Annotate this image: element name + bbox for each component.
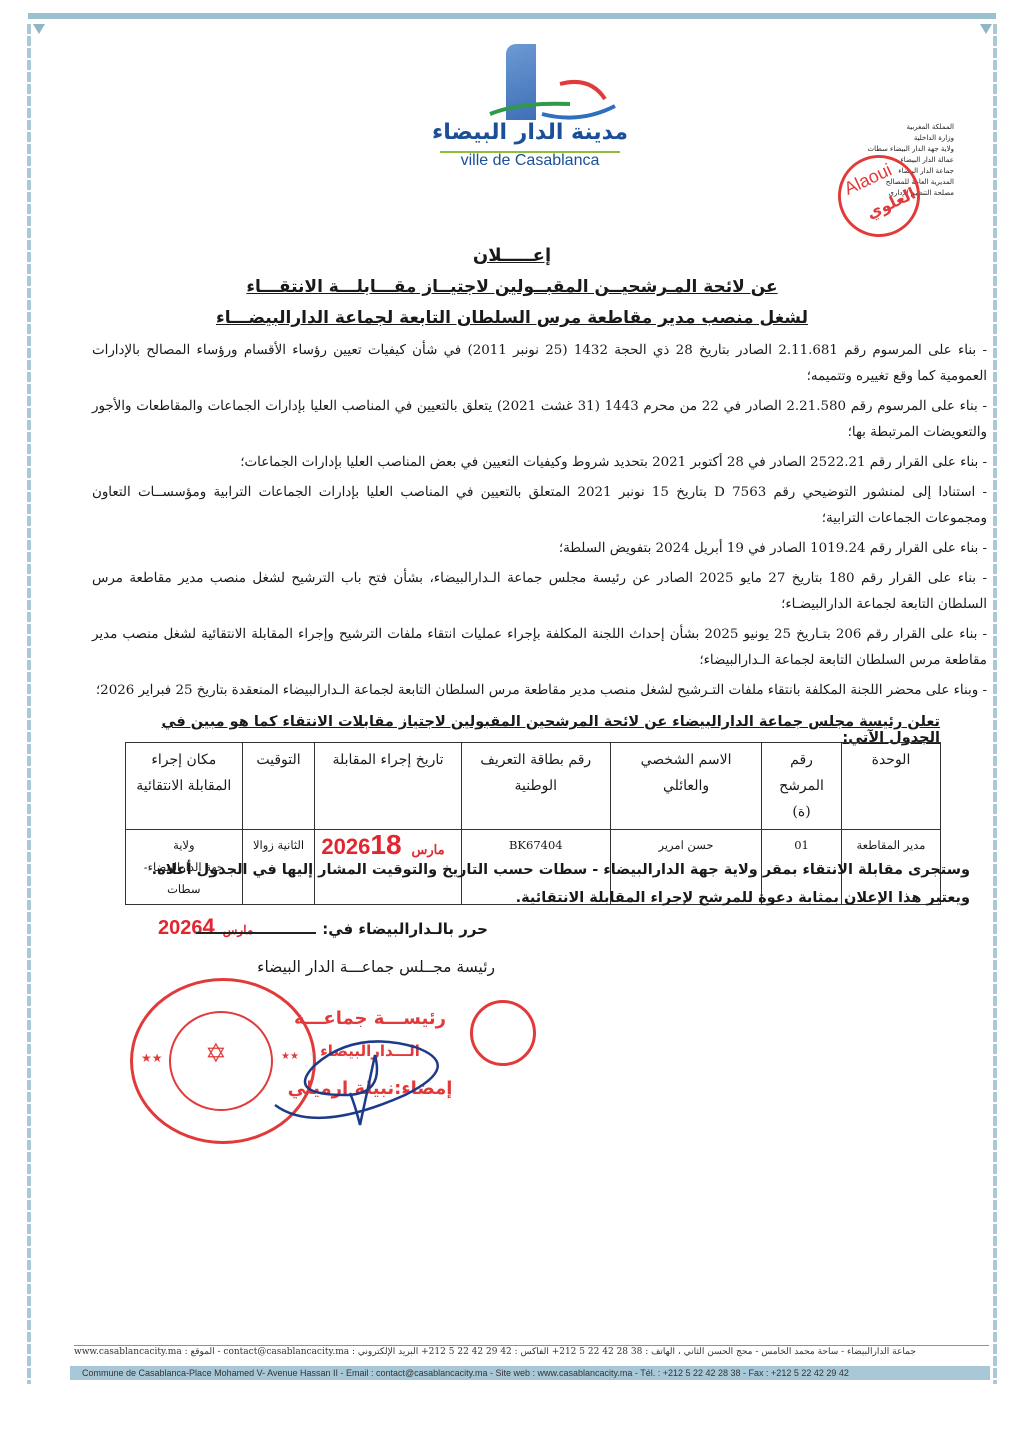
- date-month: مارس: [412, 842, 445, 857]
- admin-line: المملكة المغربية: [814, 122, 954, 133]
- reference-paragraph: - استنادا إلى لمنشور التوضيحي رقم D 7563…: [92, 480, 987, 532]
- document-subtitle-1: عن لائحة المـرشحيــن المقبــولين لاجتيــ…: [0, 277, 1024, 297]
- candidates-table: الوحدة رقم المرشح (ة) الاسم الشخصي والعا…: [125, 742, 941, 905]
- header-full-name: الاسم الشخصي والعائلي: [610, 743, 761, 830]
- footer-divider: [74, 1345, 989, 1346]
- reference-paragraph: - بناء على المرسوم رقم 2.21.580 الصادر ف…: [92, 394, 987, 446]
- reference-paragraph: - بناء على القرار رقم 2522.21 الصادر في …: [92, 450, 987, 476]
- reference-paragraph: - بناء على القرار رقم 1019.24 الصادر في …: [92, 536, 987, 562]
- date-year: 2026: [321, 834, 370, 859]
- header-interview-date: تاريخ إجراء المقابلة: [315, 743, 461, 830]
- admin-line: وزارة الداخلية: [814, 133, 954, 144]
- corner-ornament-left: [33, 24, 45, 34]
- header-interview-place: مكان إجراء المقابلة الانتقائية: [126, 743, 243, 830]
- table-header-row: الوحدة رقم المرشح (ة) الاسم الشخصي والعا…: [126, 743, 941, 830]
- document-subtitle-2: لشغل منصب مدير مقاطعة مرس السلطان التابع…: [0, 308, 1024, 328]
- header-candidate-number: رقم المرشح (ة): [762, 743, 842, 830]
- presider-title: رئيسة مجــلس جماعـــة الدار البيضاء: [195, 958, 495, 976]
- note-interview-location: وستجرى مقابلة الانتقاء بمقر ولاية جهة ال…: [150, 862, 970, 878]
- handwritten-signature-icon: [255, 1025, 475, 1135]
- star-icon: ✡: [205, 1039, 227, 1069]
- reference-paragraph: - بناء على المرسوم رقم 2.11.681 الصادر ب…: [92, 338, 987, 390]
- frame-top-border: [28, 13, 996, 19]
- logo-french-text: ville de Casablanca: [420, 152, 640, 170]
- logo-arabic-text: مدينة الدار البيضاء: [420, 120, 640, 145]
- logo-waves-icon: [480, 64, 620, 124]
- header-unit: الوحدة: [841, 743, 940, 830]
- footer-arabic-contact: جماعة الدارالبيضاء - ساحة محمد الخامس - …: [74, 1347, 984, 1357]
- frame-right-border: [993, 24, 997, 1384]
- legal-references: - بناء على المرسوم رقم 2.11.681 الصادر ب…: [92, 338, 987, 708]
- place-label: حرر بالـدارالبيضاء في:: [322, 920, 488, 938]
- date-line: [196, 932, 316, 934]
- admin-line: ولاية جهة الدار البيضاء سطات: [814, 144, 954, 155]
- place-line-1: ولاية: [132, 834, 236, 856]
- reference-paragraph: - بناء على القرار رقم 206 بتـاريخ 25 يون…: [92, 622, 987, 674]
- header-national-id: رقم بطاقة التعريف الوطنية: [461, 743, 610, 830]
- reference-paragraph: - بناء على القرار رقم 180 بتاريخ 27 مايو…: [92, 566, 987, 618]
- place-and-date: حرر بالـدارالبيضاء في:: [158, 920, 488, 938]
- corner-ornament-right: [980, 24, 992, 34]
- casablanca-logo: مدينة الدار البيضاء ville de Casablanca: [420, 34, 640, 164]
- frame-left-border: [27, 24, 31, 1384]
- reference-paragraph: - وبناء على محضر اللجنة المكلفة بانتقاء …: [92, 678, 987, 704]
- document-title: إعـــــلان: [0, 245, 1024, 266]
- date-day: 18: [370, 829, 401, 860]
- stars-icon: ★★: [141, 1051, 163, 1065]
- header-time: التوقيت: [242, 743, 315, 830]
- footer-french-contact: Commune de Casablanca-Place Mohamed V- A…: [70, 1366, 990, 1380]
- note-invitation: ويعتبر هذا الإعلان بمثابة دعوة للمرشح لإ…: [150, 890, 970, 906]
